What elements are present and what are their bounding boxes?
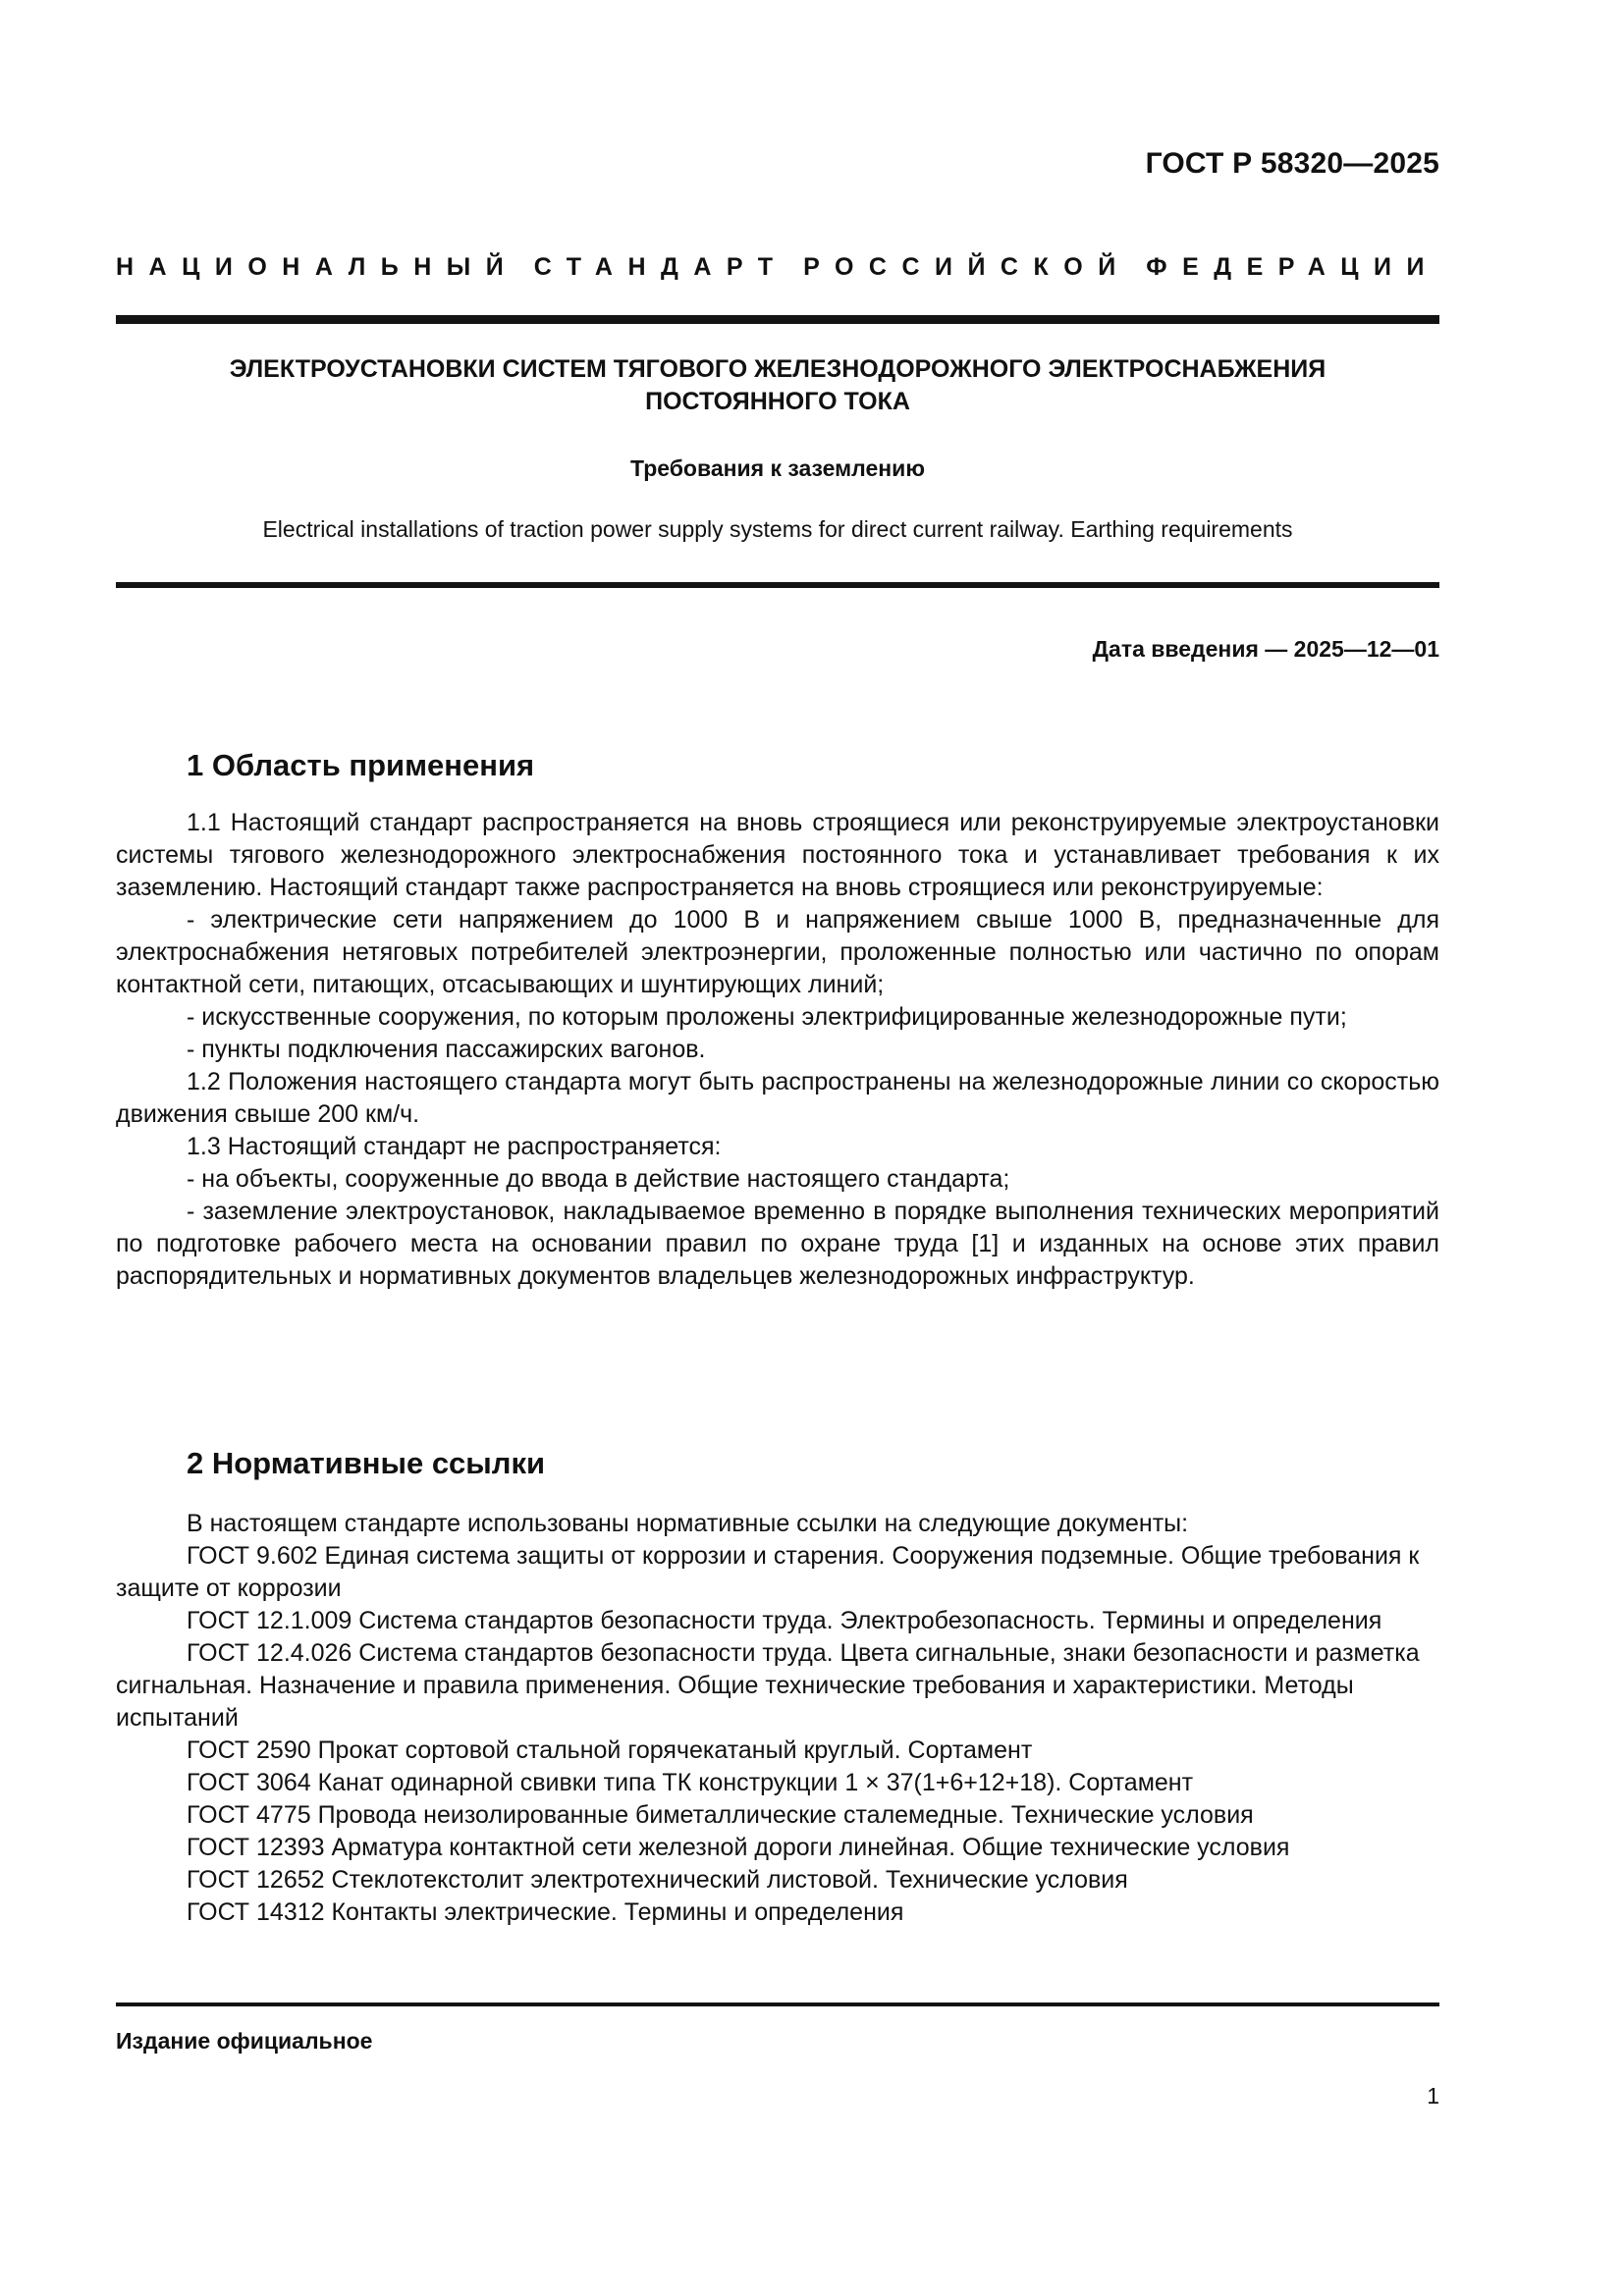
document-code: ГОСТ Р 58320—2025 xyxy=(1146,147,1439,181)
paragraph: - пункты подключения пассажирских вагоно… xyxy=(116,1034,1439,1066)
banner-word: ФЕДЕРАЦИИ xyxy=(1146,253,1439,282)
paragraph: 1.2 Положения настоящего стандарта могут… xyxy=(116,1066,1439,1131)
english-title: Electrical installations of traction pow… xyxy=(116,516,1439,543)
paragraph: - искусственные сооружения, по которым п… xyxy=(116,1001,1439,1034)
section-heading-scope: 1 Область применения xyxy=(187,748,534,783)
paragraph: 1.3 Настоящий стандарт не распространяет… xyxy=(116,1131,1439,1163)
section-body-normative-references: В настоящем стандарте использованы норма… xyxy=(116,1508,1439,1929)
reference-item: ГОСТ 12.4.026 Система стандартов безопас… xyxy=(116,1637,1439,1735)
national-standard-banner: НАЦИОНАЛЬНЫЙ СТАНДАРТ РОССИЙСКОЙ ФЕДЕРАЦ… xyxy=(116,253,1439,282)
footer-divider xyxy=(116,2002,1439,2006)
official-edition-label: Издание официальное xyxy=(116,2028,372,2055)
reference-item: ГОСТ 3064 Канат одинарной свивки типа ТК… xyxy=(116,1767,1439,1799)
reference-item: ГОСТ 14312 Контакты электрические. Терми… xyxy=(116,1896,1439,1929)
introduction-date: Дата введения — 2025—12—01 xyxy=(1093,636,1439,663)
reference-item: ГОСТ 12652 Стеклотекстолит электротехнич… xyxy=(116,1864,1439,1896)
paragraph: - электрические сети напряжением до 1000… xyxy=(116,904,1439,1001)
document-subtitle: Требования к заземлению xyxy=(116,455,1439,482)
reference-item: ГОСТ 2590 Прокат сортовой стальной горяч… xyxy=(116,1735,1439,1767)
reference-item: ГОСТ 12393 Арматура контактной сети желе… xyxy=(116,1832,1439,1864)
reference-item: ГОСТ 9.602 Единая система защиты от корр… xyxy=(116,1540,1439,1605)
section-body-scope: 1.1 Настоящий стандарт распространяется … xyxy=(116,807,1439,1293)
banner-word: РОССИЙСКОЙ xyxy=(803,253,1131,282)
page-number: 1 xyxy=(1427,2083,1439,2109)
section-heading-normative-references: 2 Нормативные ссылки xyxy=(187,1446,545,1481)
document-title: ЭЛЕКТРОУСТАНОВКИ СИСТЕМ ТЯГОВОГО ЖЕЛЕЗНО… xyxy=(116,353,1439,418)
paragraph: - заземление электроустановок, накладыва… xyxy=(116,1196,1439,1293)
paragraph: В настоящем стандарте использованы норма… xyxy=(116,1508,1439,1540)
reference-item: ГОСТ 4775 Провода неизолированные бимета… xyxy=(116,1799,1439,1832)
banner-word: НАЦИОНАЛЬНЫЙ xyxy=(116,253,518,282)
title-line-1: ЭЛЕКТРОУСТАНОВКИ СИСТЕМ ТЯГОВОГО ЖЕЛЕЗНО… xyxy=(116,353,1439,386)
top-divider xyxy=(116,315,1439,324)
banner-word: СТАНДАРТ xyxy=(534,253,788,282)
paragraph: 1.1 Настоящий стандарт распространяется … xyxy=(116,807,1439,904)
reference-item: ГОСТ 12.1.009 Система стандартов безопас… xyxy=(116,1605,1439,1637)
paragraph: - на объекты, сооруженные до ввода в дей… xyxy=(116,1163,1439,1196)
title-line-2: ПОСТОЯННОГО ТОКА xyxy=(116,386,1439,418)
title-divider xyxy=(116,582,1439,588)
